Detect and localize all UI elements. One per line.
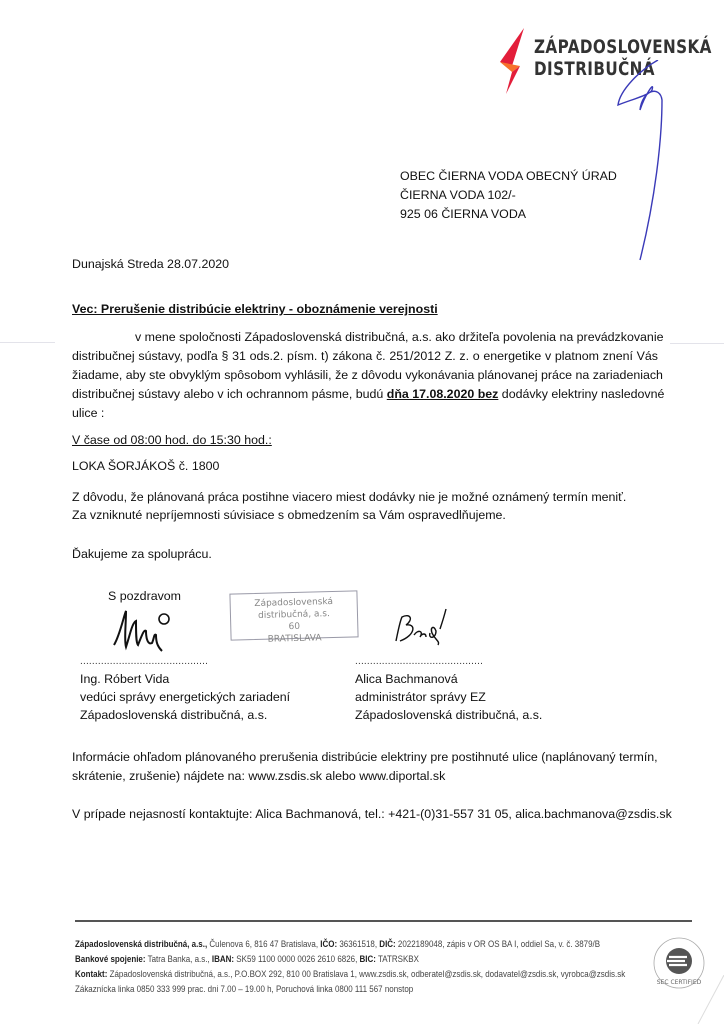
body-paragraph: v mene spoločnosti Západoslovenská distr… — [72, 328, 658, 423]
recipient-line-2: ČIERNA VODA 102/- — [400, 186, 617, 205]
info-line-2: skrátenie, zrušenie) nájdete na: www.zsd… — [72, 767, 658, 786]
apology-text: Za vzniknuté nepríjemnosti súvisiace s o… — [72, 507, 506, 524]
footer-label: Kontakt: — [75, 969, 107, 980]
recipient-line-3: 925 06 ČIERNA VODA — [400, 205, 617, 224]
footer-divider — [75, 920, 692, 922]
signature-vida-icon — [110, 605, 180, 655]
signature-line: ........................................… — [355, 656, 483, 667]
outage-date-highlight: dňa 17.08.2020 bez — [387, 387, 499, 401]
info-line-1: Informácie ohľadom plánovaného prerušeni… — [72, 748, 658, 767]
greeting: S pozdravom — [108, 588, 181, 605]
footer-bank: Tatra Banka, a.s., — [146, 954, 212, 965]
footer-dic: 2022189048, zápis v OR OS BA I, oddiel S… — [396, 939, 600, 950]
footer-contact: Západoslovenská distribučná, a.s., P.O.B… — [107, 969, 625, 980]
scan-artifact — [670, 343, 724, 344]
recipient-line-1: OBEC ČIERNA VODA OBECNÝ ÚRAD — [400, 167, 617, 186]
scan-artifact — [690, 975, 724, 1024]
body-line: v mene spoločnosti Západoslovenská distr… — [72, 328, 658, 347]
body-line: distribučnej sústavy alebo v ich ochrann… — [72, 385, 658, 404]
body-text: dodávky elektriny nasledovné — [498, 387, 664, 401]
footer-label: DIČ: — [379, 939, 395, 950]
stamp-line-1: Západoslovenská distribučná, a.s. — [231, 595, 358, 622]
company-stamp: Západoslovenská distribučná, a.s. 60 BRA… — [229, 590, 358, 640]
footer-company: Západoslovenská distribučná, a.s., — [75, 939, 207, 950]
lightning-bolt-icon — [498, 28, 530, 94]
thanks-text: Ďakujeme za spoluprácu. — [72, 546, 212, 563]
footer-label: Bankové spojenie: — [75, 954, 146, 965]
footer-label: IČO: — [320, 939, 337, 950]
body-line: ulice : — [72, 404, 658, 423]
affected-street: LOKA ŠORJÁKOŠ č. 1800 — [72, 458, 219, 475]
footer-line-3: Kontakt: Západoslovenská distribučná, a.… — [75, 967, 625, 982]
footer-line-2: Bankové spojenie: Tatra Banka, a.s., IBA… — [75, 952, 625, 967]
footer-label: IBAN: — [212, 954, 234, 965]
signatory-title: administrátor správy EZ — [355, 688, 542, 706]
outage-time-window: V čase od 08:00 hod. do 15:30 hod.: — [72, 432, 272, 449]
signatory-company: Západoslovenská distribučná, a.s. — [80, 706, 290, 724]
handwritten-initial-icon — [600, 60, 680, 270]
signatory-company: Západoslovenská distribučná, a.s. — [355, 706, 542, 724]
footer-line-4: Zákaznícka linka 0850 333 999 prac. dni … — [75, 982, 625, 997]
footer: Západoslovenská distribučná, a.s., Čulen… — [75, 937, 625, 997]
date-line: Dunajská Streda 28.07.2020 — [72, 256, 229, 273]
stamp-line-3: BRATISLAVA — [231, 631, 357, 646]
body-line: žiadame, aby ste obvyklým spôsobom vyhlá… — [72, 366, 658, 385]
recipient-address: OBEC ČIERNA VODA OBECNÝ ÚRAD ČIERNA VODA… — [400, 167, 617, 224]
footer-label: BIC: — [360, 954, 376, 965]
signature-line: ........................................… — [80, 656, 208, 667]
signatory-name: Alica Bachmanová — [355, 670, 542, 688]
signatory-1: Ing. Róbert Vida vedúci správy energetic… — [80, 670, 290, 724]
body-text: distribučnej sústavy alebo v ich ochrann… — [72, 387, 387, 401]
subject-line: Vec: Prerušenie distribúcie elektriny - … — [72, 301, 438, 318]
footer-line-1: Západoslovenská distribučná, a.s., Čulen… — [75, 937, 625, 952]
scan-artifact — [0, 342, 55, 343]
footer-ico: 36361518, — [337, 939, 379, 950]
signatory-title: vedúci správy energetických zariadení — [80, 688, 290, 706]
contact-line: V prípade nejasností kontaktujte: Alica … — [72, 806, 672, 823]
logo-line-1: ZÁPADOSLOVENSKÁ — [534, 36, 712, 58]
reason-text: Z dôvodu, že plánovaná práca postihne vi… — [72, 489, 626, 506]
signature-bachmanova-icon — [390, 605, 465, 650]
body-line: distribučnej sústavy, podľa § 31 ods.2. … — [72, 347, 658, 366]
signatory-2: Alica Bachmanová administrátor správy EZ… — [355, 670, 542, 724]
signatory-name: Ing. Róbert Vida — [80, 670, 290, 688]
footer-iban: SK59 1100 0000 0026 2610 6826, — [234, 954, 359, 965]
footer-address: Čulenova 6, 816 47 Bratislava, — [207, 939, 320, 950]
footer-bic: TATRSKBX — [376, 954, 419, 965]
info-paragraph: Informácie ohľadom plánovaného prerušeni… — [72, 748, 658, 786]
